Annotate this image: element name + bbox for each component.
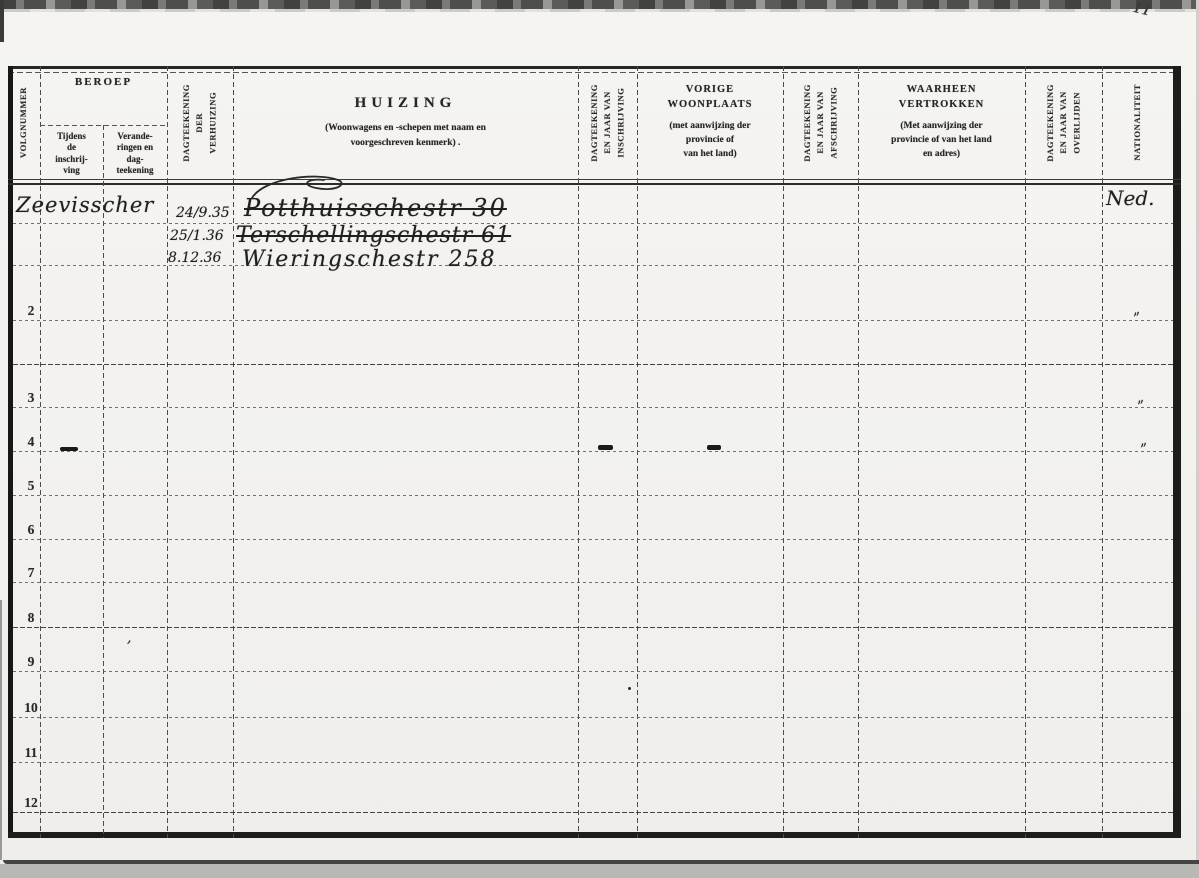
ditto-mark: „	[1137, 432, 1148, 449]
scan-left-streak-2	[0, 600, 2, 860]
header-inschrijving-label: DAGTEEKENING EN JAAR VAN INSCHRIJVING	[588, 84, 628, 162]
header-beroep-sub-veranderingen: Verande- ringen en dag- teekening	[103, 128, 167, 179]
entry-huizing-line: Terschellingschestr 61	[236, 223, 511, 248]
row-number: 8	[20, 610, 42, 626]
header-separator-line-2	[8, 183, 1181, 185]
row-line	[13, 539, 1173, 540]
header-huizing: HUIZING (Woonwagens en -schepen met naam…	[233, 66, 578, 179]
header-waarheen-subtitle: (Met aanwijzing der provincie of van het…	[891, 119, 992, 162]
header-separator-line-1	[8, 179, 1181, 180]
row-number: 3	[20, 390, 42, 406]
row-number: 12	[20, 795, 42, 811]
entry-verhuizing-date: 24/9.35	[176, 205, 230, 221]
scanned-register-page: 11 VOLGNUMMER BEROEP Tijdens de inschrij…	[0, 0, 1199, 878]
entry-nationaliteit-handwriting: Ned.	[1106, 186, 1155, 210]
header-huizing-subtitle: (Woonwagens en -schepen met naam en voor…	[325, 121, 486, 150]
handwritten-corner-mark: 11	[1131, 0, 1154, 21]
entry-verhuizing-date: 25/1.36	[170, 228, 224, 244]
row-line	[13, 671, 1173, 672]
row-number: 4	[20, 434, 42, 450]
row-line	[13, 364, 1173, 365]
header-huizing-title: HUIZING	[355, 95, 457, 112]
ditto-mark: „	[1134, 389, 1145, 406]
col-line-beroep	[167, 66, 168, 838]
row-line	[13, 407, 1173, 408]
row-number: 6	[20, 522, 42, 538]
row-number: 11	[20, 745, 42, 761]
col-line-verhuizing	[233, 66, 234, 838]
row-number: 2	[20, 303, 42, 319]
header-vorige-woonplaats-subtitle: (met aanwijzing der provincie of van het…	[669, 119, 750, 162]
header-overlijden: DAGTEEKENING EN JAAR VAN OVERLIJDEN	[1025, 66, 1102, 179]
header-volgnummer: VOLGNUMMER	[8, 66, 40, 179]
header-dagteekening-verhuizing-label: DAGTEEKENING DER VERHUIZING	[180, 84, 220, 162]
col-line-afschrijving	[858, 66, 859, 838]
beroep-subheader-divider	[40, 125, 167, 126]
stray-pen-tick: ,	[127, 630, 131, 646]
header-waarheen-title: WAARHEEN VERTROKKEN	[899, 83, 984, 111]
ditto-mark: „	[1130, 301, 1141, 318]
row-number: 10	[20, 700, 42, 716]
col-line-vorige-woonplaats	[783, 66, 784, 838]
ink-smudge	[707, 445, 721, 450]
row-line	[13, 812, 1173, 813]
col-line-beroep-sub	[103, 125, 104, 838]
entry-huizing-line: Wieringschestr 258	[242, 247, 497, 272]
col-line-volgnummer	[40, 66, 41, 838]
row-line	[13, 451, 1173, 452]
col-line-overlijden	[1102, 66, 1103, 838]
row-line	[13, 582, 1173, 583]
header-inschrijving: DAGTEEKENING EN JAAR VAN INSCHRIJVING	[578, 66, 637, 179]
ink-smudge	[598, 445, 613, 450]
row-line	[13, 627, 1173, 628]
entry-beroep-handwriting: Zeevisscher	[16, 193, 154, 217]
row-number: 9	[20, 654, 42, 670]
entry-huizing-line: Potthuisschestr 30	[244, 194, 507, 222]
row-line	[13, 495, 1173, 496]
header-beroep-sub-inschrijving: Tijdens de inschrij- ving	[40, 128, 103, 179]
header-vorige-woonplaats-title: VORIGE WOONPLAATS	[667, 83, 752, 111]
header-overlijden-label: DAGTEEKENING EN JAAR VAN OVERLIJDEN	[1044, 84, 1084, 162]
header-afschrijving: DAGTEEKENING EN JAAR VAN AFSCHRIJVING	[783, 66, 858, 179]
scan-left-streak	[0, 0, 4, 42]
entry-verhuizing-date: 8.12.36	[168, 250, 221, 266]
ink-dot	[628, 687, 631, 690]
row-line	[13, 320, 1173, 321]
header-nationaliteit: NATIONALITEIT	[1102, 66, 1173, 179]
ink-smudge	[60, 447, 78, 451]
row-line	[13, 762, 1173, 763]
header-afschrijving-label: DAGTEEKENING EN JAAR VAN AFSCHRIJVING	[801, 84, 841, 162]
scan-top-edge-noise-2	[0, 9, 1199, 12]
row-line	[13, 223, 1173, 224]
row-number: 7	[20, 565, 42, 581]
header-vorige-woonplaats: VORIGE WOONPLAATS (met aanwijzing der pr…	[637, 66, 783, 179]
table-border-right	[1173, 66, 1181, 838]
header-beroep-title: BEROEP	[40, 76, 167, 88]
header-dagteekening-verhuizing: DAGTEEKENING DER VERHUIZING	[167, 66, 233, 179]
row-line	[13, 717, 1173, 718]
col-line-inschrijving	[637, 66, 638, 838]
header-volgnummer-label: VOLGNUMMER	[17, 87, 30, 158]
row-number: 5	[20, 478, 42, 494]
col-line-waarheen	[1025, 66, 1026, 838]
table-border-left	[8, 66, 13, 838]
register-table: VOLGNUMMER BEROEP Tijdens de inschrij- v…	[8, 66, 1181, 838]
header-nationaliteit-label: NATIONALITEIT	[1131, 84, 1144, 161]
table-border-bottom	[8, 832, 1181, 838]
scan-top-edge-noise	[0, 0, 1199, 9]
header-waarheen: WAARHEEN VERTROKKEN (Met aanwijzing der …	[858, 66, 1025, 179]
col-line-huizing	[578, 66, 579, 838]
scan-bottom-band	[0, 864, 1199, 878]
